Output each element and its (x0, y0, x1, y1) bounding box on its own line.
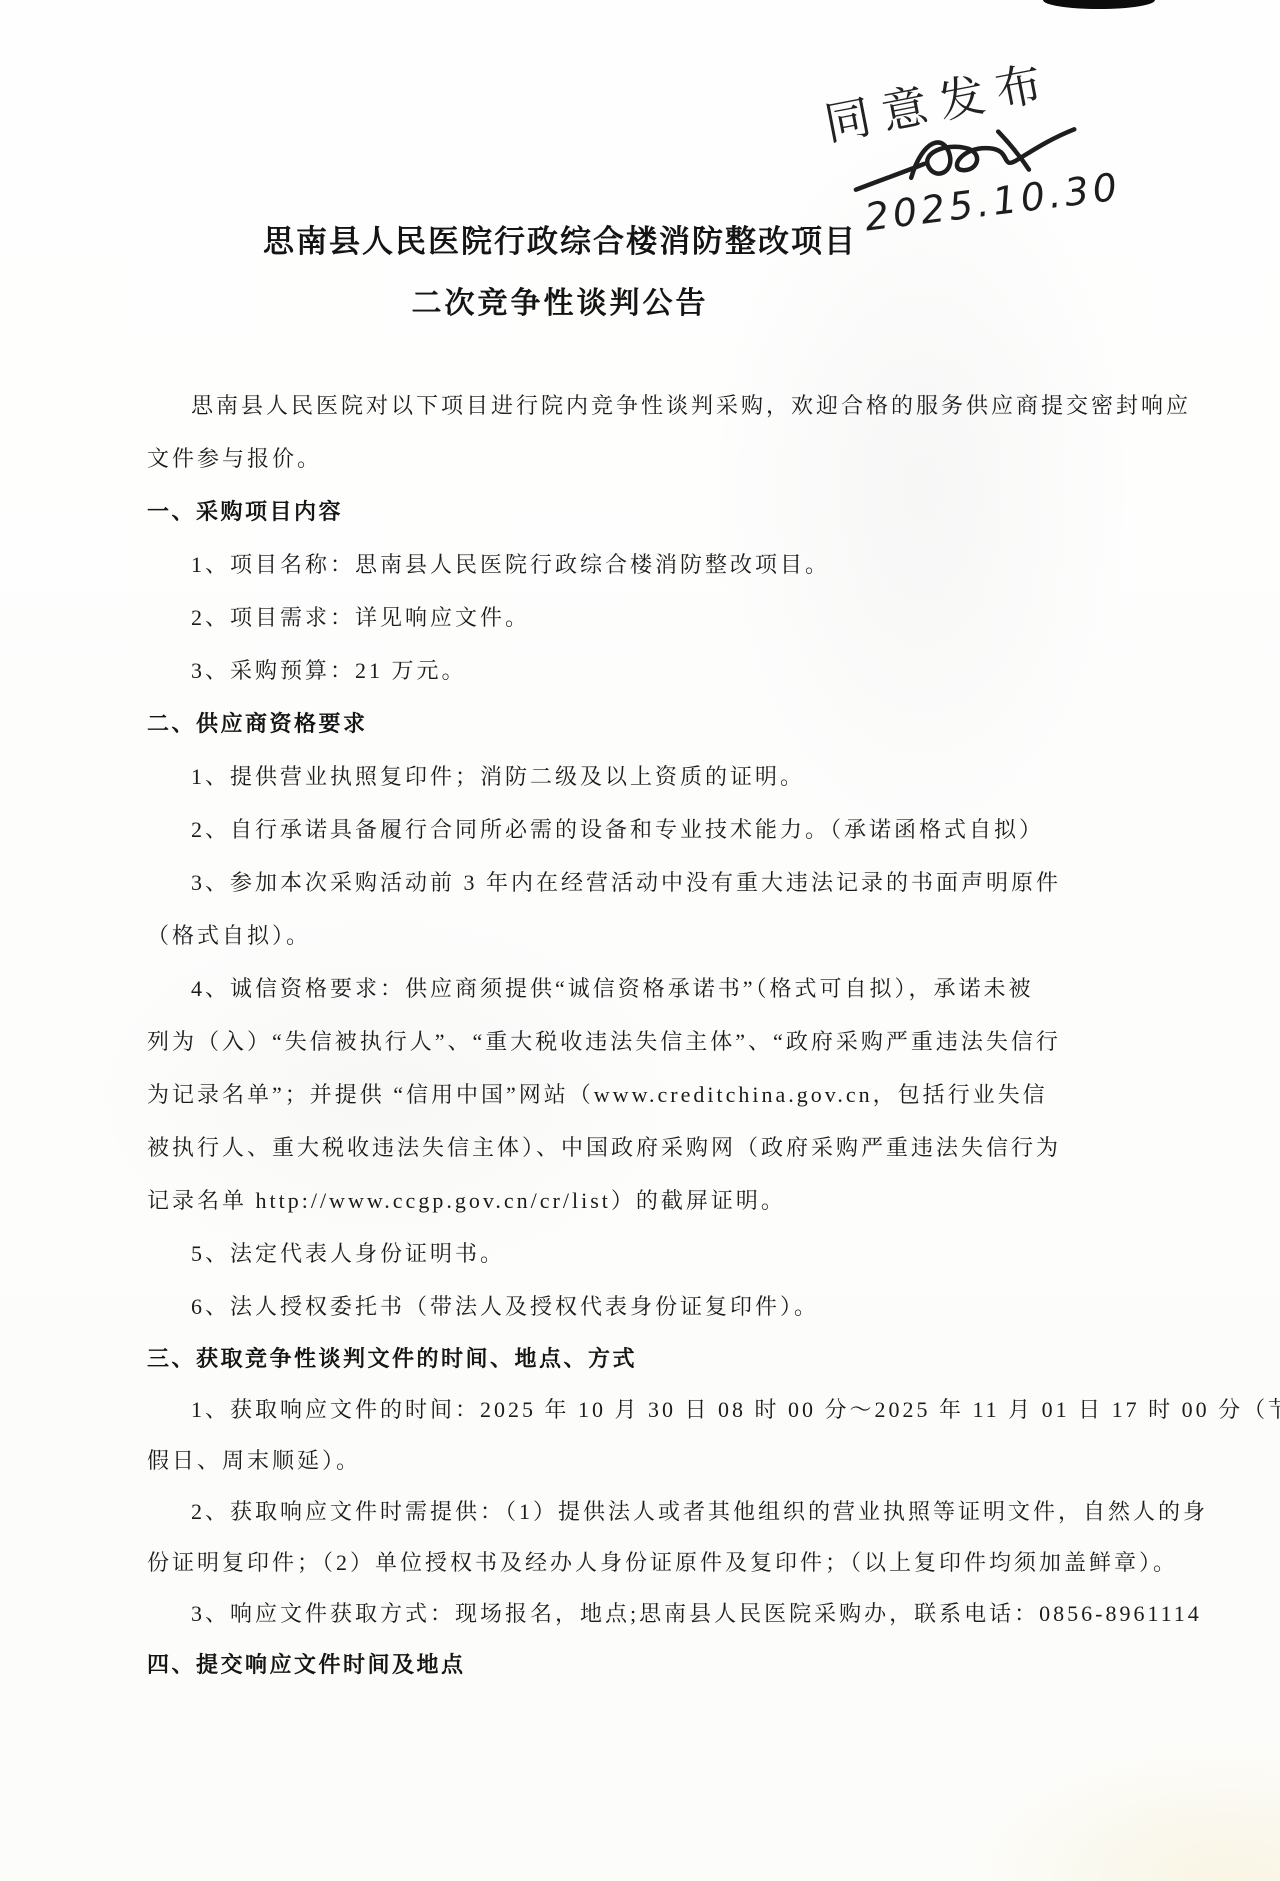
body-line: 1、获取响应文件的时间：2025 年 10 月 30 日 08 时 00 分～2… (147, 1384, 1147, 1435)
section-heading: 一、采购项目内容 (147, 485, 1147, 538)
body-line: 份证明复印件；（2）单位授权书及经办人身份证原件及复印件；（以上复印件均须加盖鲜… (147, 1537, 1147, 1588)
body-line: 4、诚信资格要求：供应商须提供“诚信资格承诺书”（格式可自拟），承诺未被 (147, 962, 1147, 1015)
body-line: 3、响应文件获取方式：现场报名，地点;思南县人民医院采购办，联系电话：0856-… (147, 1588, 1147, 1639)
body-line: 6、法人授权委托书（带法人及授权代表身份证复印件）。 (147, 1280, 1147, 1333)
body-line: 为记录名单”；并提供 “信用中国”网站（www.creditchina.gov.… (147, 1068, 1147, 1121)
body-line: 假日、周末顺延）。 (147, 1435, 1147, 1486)
section-heading: 二、供应商资格要求 (147, 697, 1147, 750)
body-line: 2、获取响应文件时需提供：（1）提供法人或者其他组织的营业执照等证明文件，自然人… (147, 1486, 1147, 1537)
doc-subtitle: 二次竞争性谈判公告 (0, 278, 1120, 322)
body-line: 被执行人、重大税收违法失信主体）、中国政府采购网（政府采购严重违法失信行为 (147, 1121, 1147, 1174)
section-heading: 四、提交响应文件时间及地点 (147, 1639, 1147, 1690)
body-line: 1、项目名称：思南县人民医院行政综合楼消防整改项目。 (147, 538, 1147, 591)
section-obtaining-documents: 三、获取竞争性谈判文件的时间、地点、方式 1、获取响应文件的时间：2025 年 … (147, 1333, 1147, 1690)
body-line: 2、项目需求：详见响应文件。 (147, 591, 1147, 644)
body-line: 5、法定代表人身份证明书。 (147, 1227, 1147, 1280)
doc-body: 思南县人民医院对以下项目进行院内竞争性谈判采购，欢迎合格的服务供应商提交密封响应… (147, 379, 1147, 1690)
scan-artifact (1043, 0, 1155, 9)
intro-line: 文件参与报价。 (147, 432, 1147, 485)
body-line: 2、自行承诺具备履行合同所必需的设备和专业技术能力。（承诺函格式自拟） (147, 803, 1147, 856)
body-line: 3、采购预算：21 万元。 (147, 644, 1147, 697)
intro-line: 思南县人民医院对以下项目进行院内竞争性谈判采购，欢迎合格的服务供应商提交密封响应 (147, 379, 1147, 432)
section-supplier-qualifications: 二、供应商资格要求 1、提供营业执照复印件；消防二级及以上资质的证明。 2、自行… (147, 697, 1147, 1333)
intro-paragraph: 思南县人民医院对以下项目进行院内竞争性谈判采购，欢迎合格的服务供应商提交密封响应… (147, 379, 1147, 485)
section-heading: 三、获取竞争性谈判文件的时间、地点、方式 (147, 1333, 1147, 1384)
body-line: 3、参加本次采购活动前 3 年内在经营活动中没有重大违法记录的书面声明原件 (147, 856, 1147, 909)
body-line: （格式自拟）。 (147, 909, 1147, 962)
section-procurement-content: 一、采购项目内容 1、项目名称：思南县人民医院行政综合楼消防整改项目。 2、项目… (147, 485, 1147, 697)
doc-title: 思南县人民医院行政综合楼消防整改项目 (0, 216, 1120, 261)
scanned-document-page: 同意发布 2025.10.30 思南县人民医院行政综合楼消防整改项目 二次竞争性… (0, 0, 1280, 1881)
body-line: 列为（入）“失信被执行人”、“重大税收违法失信主体”、“政府采购严重违法失信行 (147, 1015, 1147, 1068)
body-line: 1、提供营业执照复印件；消防二级及以上资质的证明。 (147, 750, 1147, 803)
body-line: 记录名单 http://www.ccgp.gov.cn/cr/list）的截屏证… (147, 1174, 1147, 1227)
